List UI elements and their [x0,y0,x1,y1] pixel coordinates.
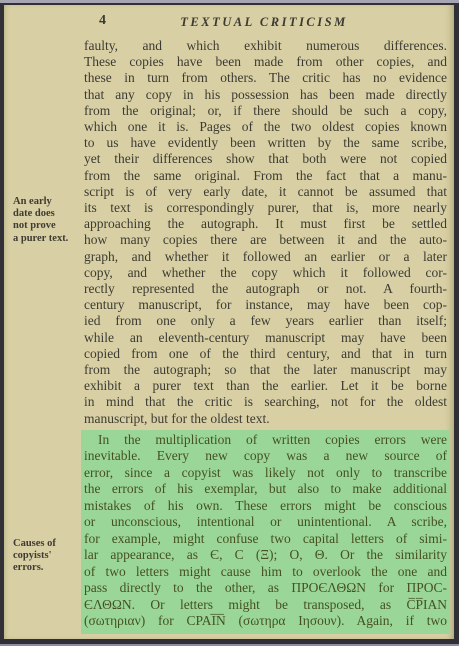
text-line: error, since a copyist was likely not on… [84,465,447,482]
text-line: its text is correspondingly purer, that … [84,200,447,216]
book-page: 4 TEXTUAL CRITICISM An early date does n… [4,5,454,639]
body-text-column: faulty, and which exhibit numerous diffe… [84,38,447,634]
text-line: exhibit a purer text than the earlier. L… [84,378,447,394]
text-line: approaching the autograph. It must first… [84,216,447,232]
text-line: mistakes of his own. These errors might … [84,498,447,515]
text-line: graph, and whether it followed an earlie… [84,249,447,265]
text-line: of two letters might cause him to overlo… [84,564,447,581]
text-line: copied from one of the third century, an… [84,346,447,362]
margin-note-line: copyists' [13,550,87,562]
scan-edge-top [0,0,459,3]
text-line: from the same original. From the fact th… [84,168,447,184]
text-line: century manuscript, for instance, may ha… [84,297,447,313]
text-line: In the multiplication of written copies … [84,432,447,449]
text-line: from the autograph; so that the later ma… [84,362,447,378]
margin-note-line: Causes of [13,538,87,550]
text-line: ЄΛΘΩΝ. Or letters might be transposed, a… [84,597,447,614]
text-line: rectly represented the autograph or not.… [84,281,447,297]
text-line: inevitable. Every new copy was a new sou… [84,448,447,465]
text-line: faulty, and which exhibit numerous diffe… [84,38,447,54]
margin-note-line: errors. [13,562,87,574]
text-line: (σωτηριαν) for CPAI̅N̅ (σωτηρα Ιησουν). … [84,613,447,630]
margin-note-line: date does [13,208,87,220]
margin-note-line: not prove [13,220,87,232]
paragraph: faulty, and which exhibit numerous diffe… [84,38,447,427]
text-line: that any copy in his possession has been… [84,87,447,103]
text-line: in mind that the critic is searching, no… [84,394,447,410]
text-line: lar appearance, as Є, C (Ξ); O, Θ. Or th… [84,547,447,564]
text-line: for example, might confuse two capital l… [84,531,447,548]
text-line: pass directly to the other, as ΠΡΟЄΛΘΩΝ … [84,580,447,597]
text-line: while an eleventh-century manuscript may… [84,330,447,346]
text-line: these in turn from others. The critic ha… [84,70,447,86]
text-line: the errors of his exemplar, but also to … [84,481,447,498]
page-number: 4 [99,13,106,29]
text-line: ied from one only a few years earlier th… [84,313,447,329]
margin-note-early-date: An early date does not prove a purer tex… [13,196,87,245]
text-line: which one it is. Pages of the two oldest… [84,119,447,135]
text-line: These copies have been made from other c… [84,54,447,70]
highlighted-paragraph: In the multiplication of written copies … [81,430,450,634]
text-line: yet their differences show that both wer… [84,151,447,167]
margin-note-line: An early [13,196,87,208]
text-line: from the original; or, if there should b… [84,103,447,119]
text-line: or unconscious, intentional or unintenti… [84,514,447,531]
margin-note-causes-of-errors: Causes of copyists' errors. [13,538,87,575]
running-title: TEXTUAL CRITICISM [142,15,386,30]
scanned-page-frame: 4 TEXTUAL CRITICISM An early date does n… [0,0,459,646]
text-line: to us have evidently been written by the… [84,135,447,151]
margin-note-line: a purer text. [13,233,87,245]
text-line: manuscript, but for the oldest text. [84,411,447,427]
text-line: script is of very early date, it cannot … [84,184,447,200]
text-line: how many copies there are between it and… [84,232,447,248]
text-line: copy, and whether the copy which it foll… [84,265,447,281]
